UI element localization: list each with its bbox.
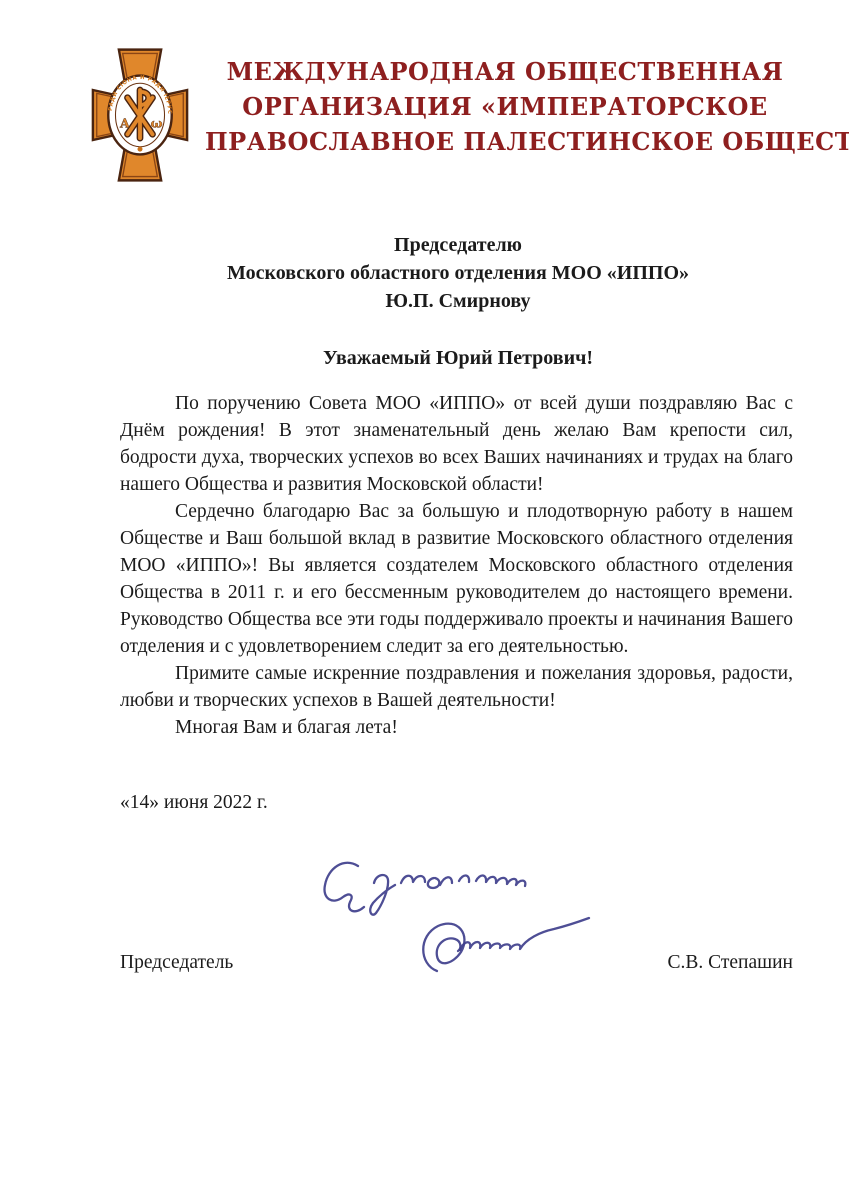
signature-row: Председатель С.В. Степашин [120,952,793,974]
ippo-emblem-logo: РАДИ СІОНА И РАДИ ІЕРУСАЛИМА А ω [90,46,190,184]
body-paragraph: По поручению Совета МОО «ИППО» от всей д… [120,390,793,498]
addressee-role: Председателю [120,231,796,259]
addressee-organization: Московского областного отделения МОО «ИП… [120,259,796,287]
addressee-name: Ю.П. Смирнову [120,287,796,315]
body-paragraph: Сердечно благодарю Вас за большую и плод… [120,498,793,660]
salutation: Уважаемый Юрий Петрович! [120,347,796,370]
alpha-letter: А [120,116,131,131]
organization-title-line: ПРАВОСЛАВНОЕ ПАЛЕСТИНСКОЕ ОБЩЕСТВО» [205,124,805,159]
organization-title: МЕЖДУНАРОДНАЯ ОБЩЕСТВЕННАЯ ОРГАНИЗАЦИЯ «… [205,54,805,159]
signer-name: С.В. Степашин [667,952,793,974]
body-paragraph: Примите самые искренние поздравления и п… [120,660,793,714]
addressee-block: Председателю Московского областного отде… [120,231,796,315]
omega-letter: ω [151,116,163,131]
signer-position: Председатель [120,952,233,974]
emblem-band-ornament [138,147,143,152]
organization-title-line: ОРГАНИЗАЦИЯ «ИМПЕРАТОРСКОЕ [205,89,805,124]
organization-title-line: МЕЖДУНАРОДНАЯ ОБЩЕСТВЕННАЯ [205,54,805,89]
closing-wish: Многая Вам и благая лета! [120,714,793,741]
letter-body: По поручению Совета МОО «ИППО» от всей д… [120,390,793,741]
date-line: «14» июня 2022 г. [120,792,268,814]
letter-page: РАДИ СІОНА И РАДИ ІЕРУСАЛИМА А ω МЕЖДУНА… [0,0,849,1200]
